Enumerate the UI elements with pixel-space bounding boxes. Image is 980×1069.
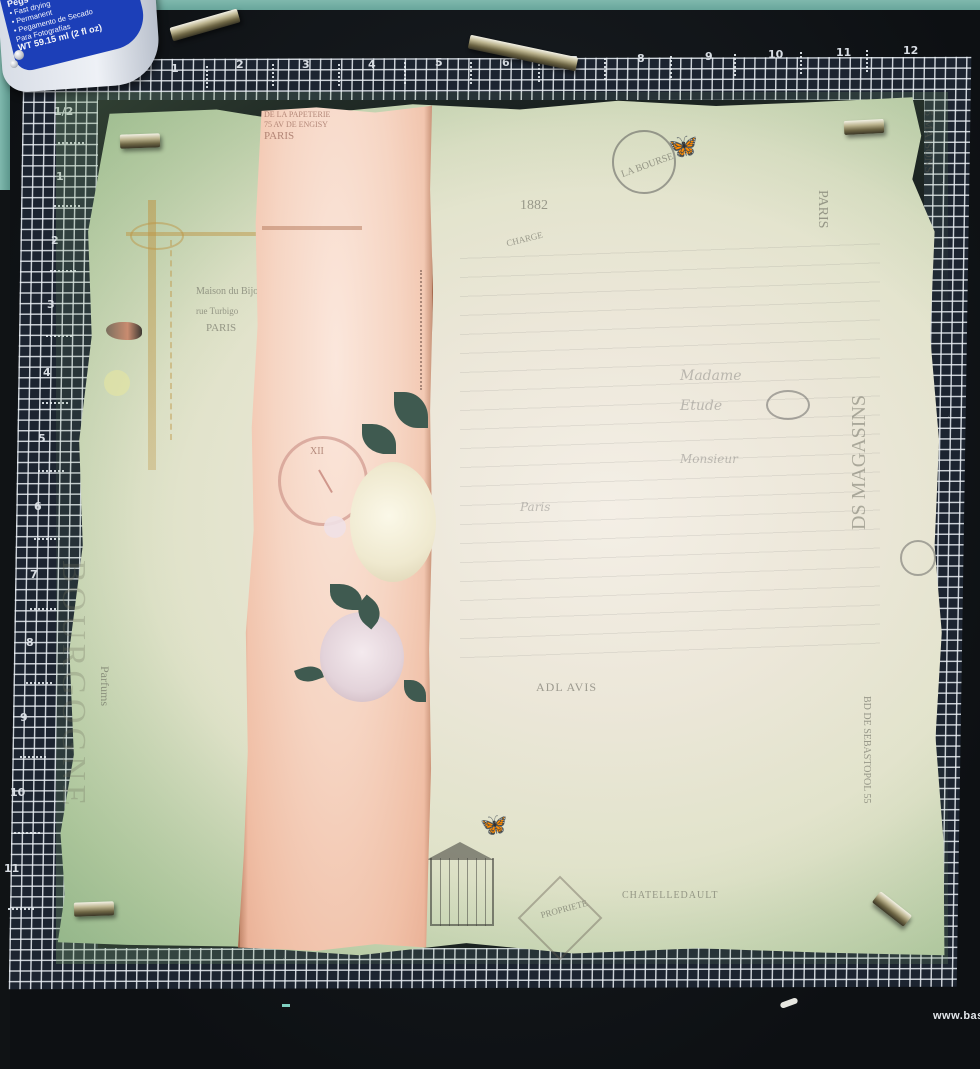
small-blossom <box>324 516 346 538</box>
ruler-number: 11 <box>4 862 19 875</box>
print-text: rue Turbigo <box>196 306 238 316</box>
gazebo-roof <box>426 842 494 860</box>
print-text: DE LA PAPETERIE <box>264 110 330 119</box>
clock-numeral: XII <box>310 446 324 457</box>
bird-illustration <box>106 322 142 340</box>
ruler-number: 5 <box>435 56 443 69</box>
handwriting-lines <box>460 240 880 660</box>
ruler-number: 10 <box>10 786 25 799</box>
ruler-number: 6 <box>34 500 42 513</box>
print-text: Maison du Bijou <box>196 286 263 297</box>
ruler-number: 11 <box>836 46 851 59</box>
print-vertical-text: BD DE SEBASTOPOL 55 <box>861 696 872 804</box>
cream-rose <box>350 462 436 582</box>
ruler-number: 1 <box>171 62 179 75</box>
pink-rose <box>320 612 404 702</box>
ruler-number: 9 <box>705 50 713 63</box>
ruler-number: 4 <box>368 58 376 71</box>
ruler-number: 3 <box>302 58 310 71</box>
pearl-bead <box>14 50 24 60</box>
ornament-bar <box>262 226 362 230</box>
ruler-number: 10 <box>768 48 783 61</box>
magnet[interactable] <box>74 901 114 916</box>
print-vertical-text: 5 MAISONS <box>921 110 936 173</box>
yellow-flower <box>104 370 130 396</box>
ruler-number: 2 <box>236 58 244 71</box>
ruler-number: 2 <box>51 234 59 247</box>
ruler-number: 7 <box>30 568 38 581</box>
print-vertical-text: BOURGOGNE <box>54 560 92 809</box>
ruler-number: 12 <box>903 44 918 57</box>
ruler-number: 4 <box>43 366 51 379</box>
print-vertical-text: PARIS <box>814 190 830 228</box>
print-text: PARIS <box>206 322 236 334</box>
mat-brand-text: www.basic <box>933 1010 980 1022</box>
pearl-bead <box>10 60 18 68</box>
print-text: 75 AV DE ENGISY <box>264 120 328 129</box>
gazebo-illustration <box>430 858 494 926</box>
glue-bottle-label: Pegs • Fast drying • Permanent • Pegamen… <box>0 0 150 74</box>
magnet[interactable] <box>120 133 160 148</box>
print-text: CHATELLEDAULT <box>622 890 719 901</box>
seal-stamp <box>900 540 936 576</box>
ruler-number: 8 <box>26 636 34 649</box>
decorative-dots <box>420 270 424 390</box>
ruler-number: 1/2 <box>54 105 73 118</box>
debris-speck <box>282 1004 290 1007</box>
print-vertical-text: Parfums <box>97 666 112 706</box>
print-text: PARIS <box>264 130 294 142</box>
print-text: 1882 <box>520 198 548 214</box>
ruler-number: 6 <box>502 56 510 69</box>
magnet[interactable] <box>844 119 885 135</box>
butterfly-icon: 🦋 <box>668 132 698 161</box>
print-text: ADL AVIS <box>536 680 597 695</box>
ornament-chain <box>170 240 178 440</box>
ruler-number: 8 <box>637 52 645 65</box>
ruler-number: 9 <box>20 711 28 724</box>
butterfly-icon: 🦋 <box>480 812 507 838</box>
ruler-number: 3 <box>47 298 55 311</box>
ruler-number: 1 <box>56 170 64 183</box>
ruler-number: 5 <box>38 432 46 445</box>
